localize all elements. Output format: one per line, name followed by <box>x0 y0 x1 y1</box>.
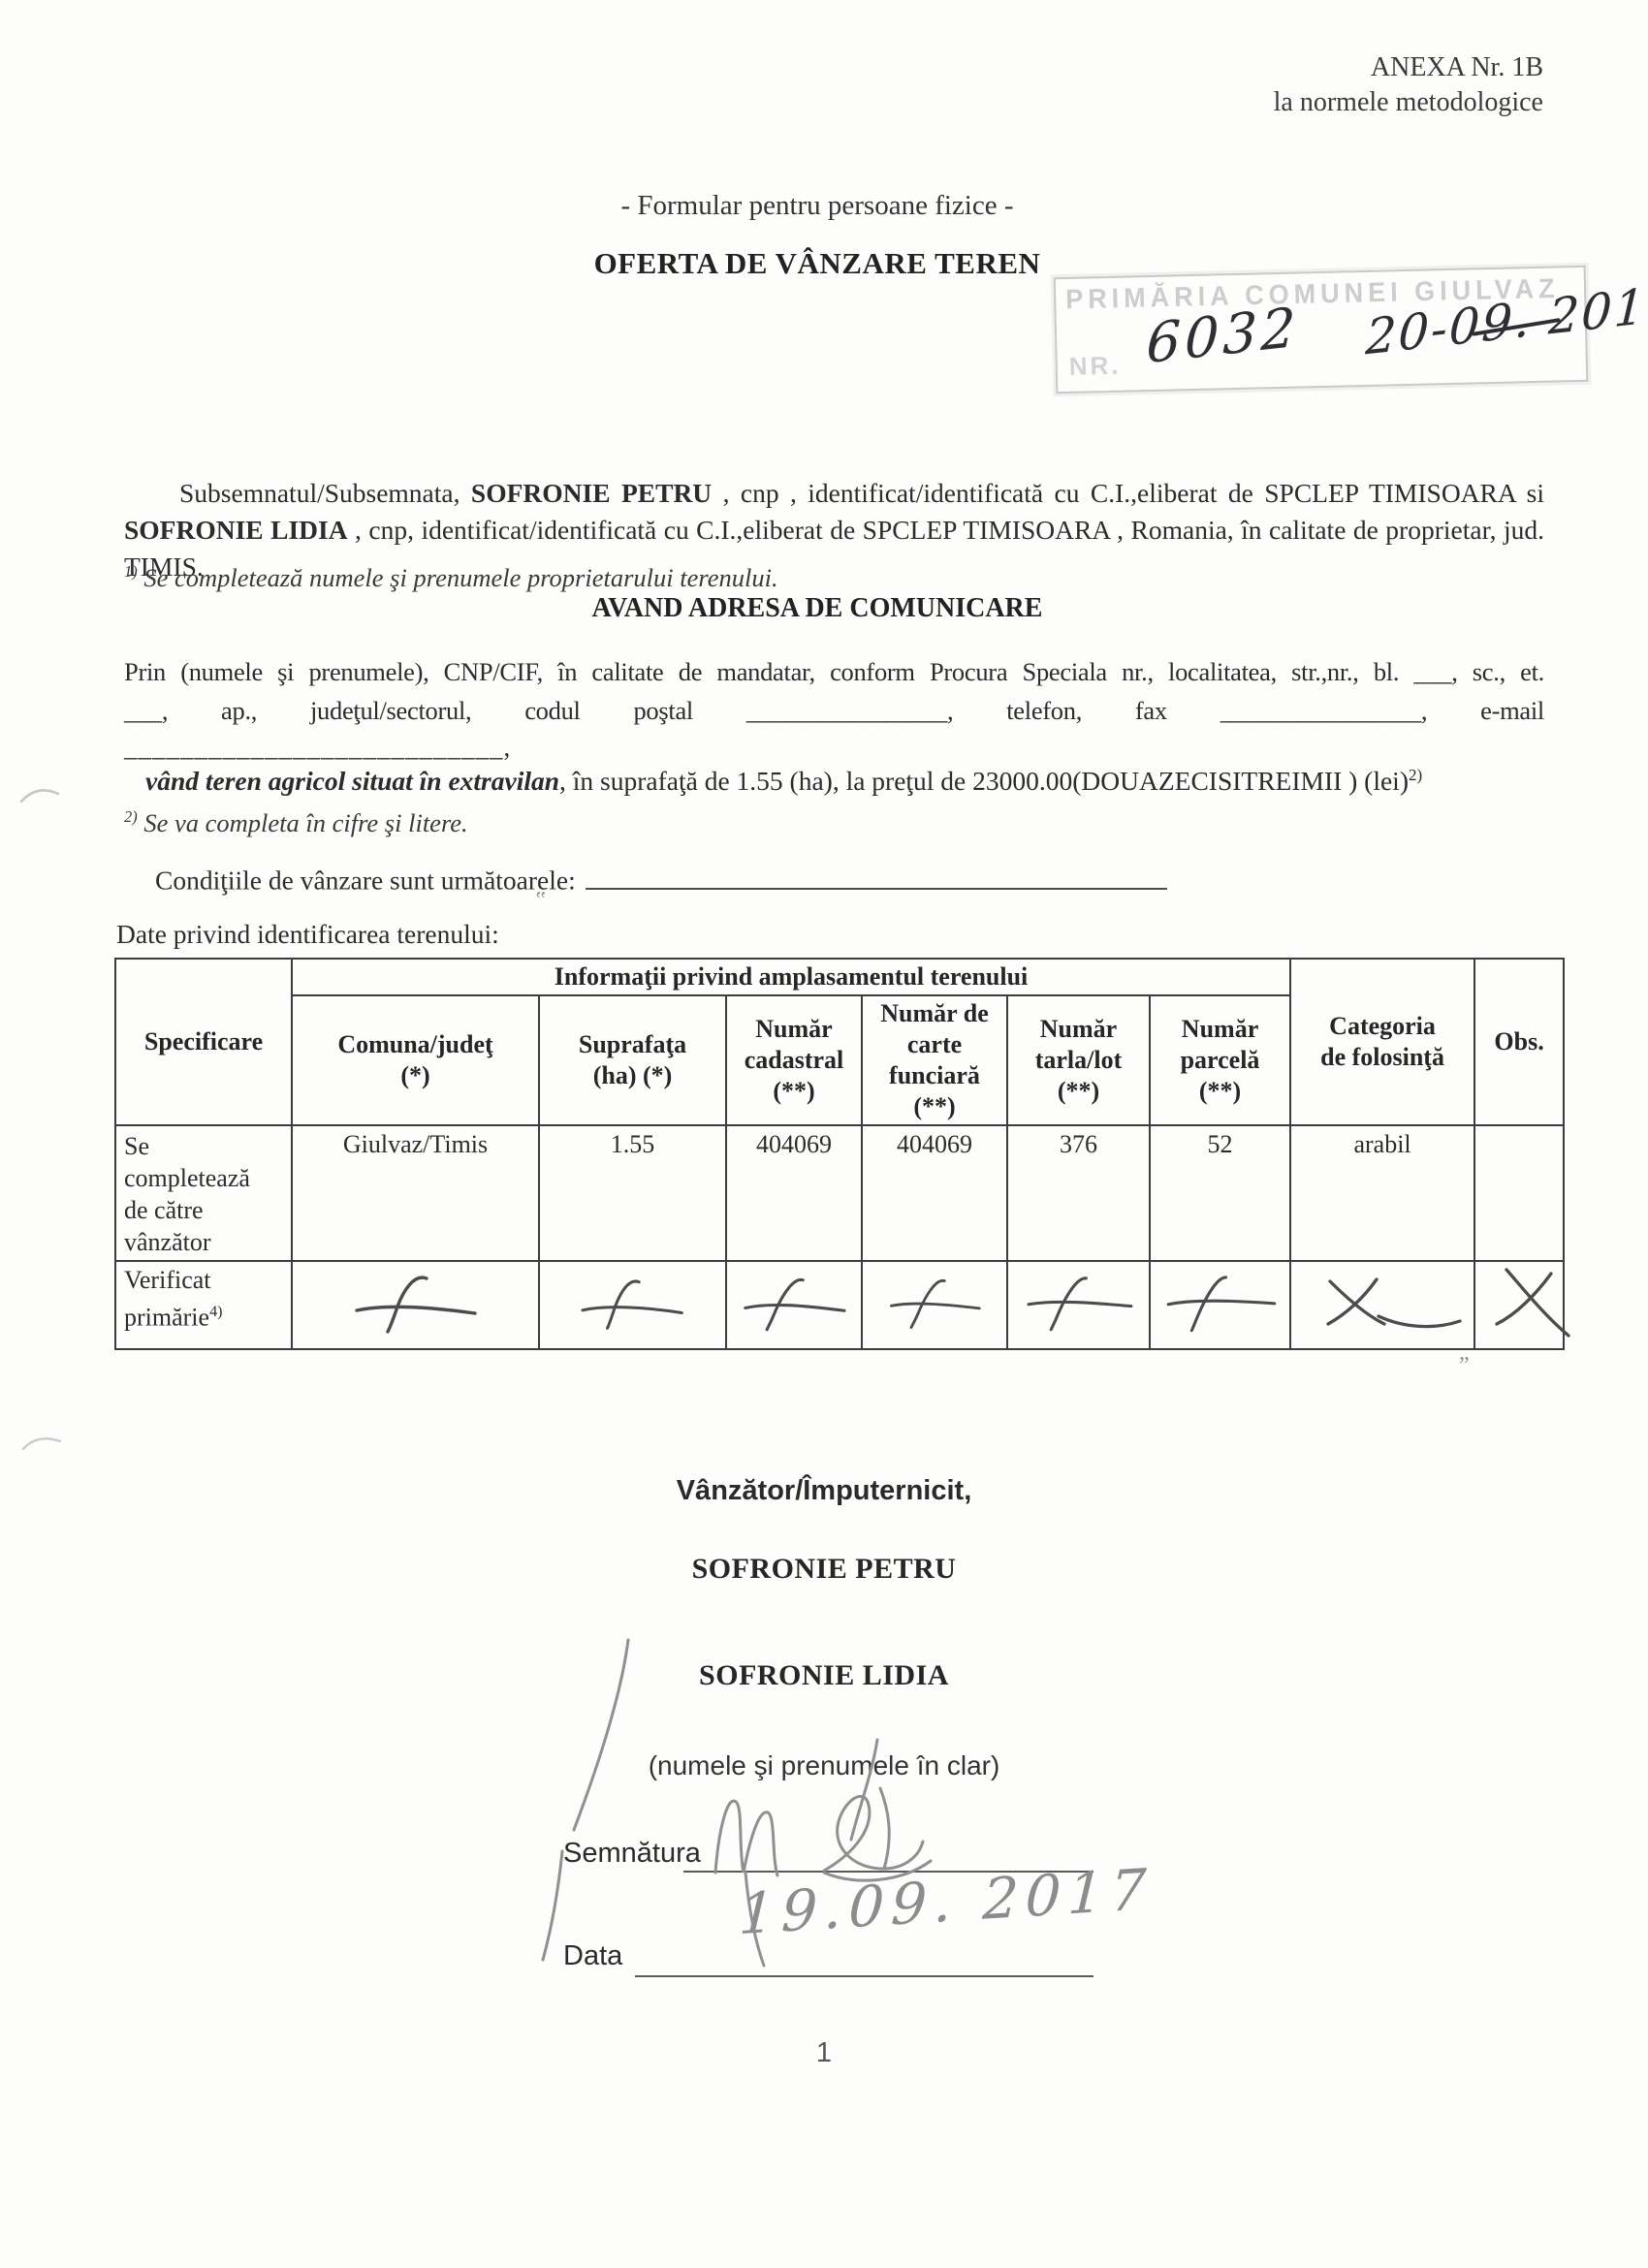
declaration-middle: , cnp , identificat/identificată cu C.I.… <box>712 478 1544 508</box>
checkmark-icon <box>333 1270 498 1334</box>
scanned-form-page: ANEXA Nr. 1B la normele metodologice - F… <box>0 0 1648 2268</box>
cell-suprafata: 1.55 <box>539 1125 726 1261</box>
mandatar-line-1: Prin (numele şi prenumele), CNP/CIF, în … <box>124 657 1544 687</box>
mandatar-line-2: ___, ap., judeţul/sectorul, codul poştal… <box>124 696 1544 726</box>
sale-footnote-marker: 2) <box>1409 766 1422 784</box>
header-suprafata: Suprafaţa (ha) (*) <box>539 995 726 1125</box>
table-row-seller: Se completează de către vânzător Giulvaz… <box>115 1125 1564 1261</box>
header-obs: Obs. <box>1474 959 1564 1125</box>
verify-cell <box>539 1261 726 1349</box>
annex-subtitle: la normele metodologice <box>1274 85 1543 120</box>
verify-cell <box>726 1261 862 1349</box>
table-row-verify: Verificat primărie4) <box>115 1261 1564 1349</box>
seller-role-line: Vânzător/Împuternicit, <box>0 1475 1648 1507</box>
header-parcela: Număr parcelă (**) <box>1150 995 1290 1125</box>
land-table-intro: Date privind identificarea terenului: <box>116 919 499 950</box>
signatory-name-1: SOFRONIE PETRU <box>0 1553 1648 1586</box>
cell-carte-funciara: 404069 <box>862 1125 1007 1261</box>
header-cadastral: Număr cadastral (**) <box>726 995 862 1125</box>
checkmark-icon <box>876 1270 993 1334</box>
header-categoria: Categoria de folosinţă <box>1290 959 1474 1125</box>
cell-tarla: 376 <box>1007 1125 1150 1261</box>
sale-sentence: vând teren agricol situat în extravilan,… <box>145 766 1422 797</box>
registration-stamp: PRIMĂRIA COMUNEI GIULVAZ NR. 6032 20-09.… <box>1054 266 1589 394</box>
declaration-lead: Subsemnatul/Subsemnata, <box>179 478 471 508</box>
verify-row-label: Verificat primărie4) <box>115 1261 292 1349</box>
signature-label: Semnătura <box>563 1838 701 1870</box>
scan-artifact <box>17 780 62 809</box>
cell-parcela: 52 <box>1150 1125 1290 1261</box>
conditions-blank-line <box>586 861 1167 890</box>
verify-cell <box>1290 1261 1474 1349</box>
footnote-2-text: Se va completa în cifre şi litere. <box>138 808 468 837</box>
verify-cell <box>1474 1261 1564 1349</box>
cell-comuna: Giulvaz/Timis <box>292 1125 539 1261</box>
handwritten-date: 19.09. 2017 <box>738 1856 1155 1947</box>
conditions-line: Condiţiile de vânzare sunt următoarele: <box>155 861 1167 897</box>
scan-artifact <box>19 1430 64 1459</box>
date-line <box>635 1975 1093 1977</box>
date-label: Data <box>563 1940 622 1972</box>
annex-reference: ANEXA Nr. 1B la normele metodologice <box>1274 50 1543 120</box>
header-tarla: Număr tarla/lot (**) <box>1007 995 1150 1125</box>
email-blank-line: ___________________________, <box>124 733 511 763</box>
signatory-name-2: SOFRONIE LIDIA <box>0 1659 1648 1692</box>
verify-footnote-marker: 4) <box>209 1304 222 1320</box>
owner2-name: SOFRONIE LIDIA <box>124 515 348 545</box>
header-comuna: Comuna/judeţ (*) <box>292 995 539 1125</box>
checkmark-icon <box>1016 1270 1142 1334</box>
scan-artifact: ” <box>1459 1353 1470 1379</box>
header-group: Informaţii privind amplasamentul terenul… <box>292 959 1290 995</box>
footnote-1-text: Se completează numele şi prenumele propr… <box>138 563 778 592</box>
owner1-name: SOFRONIE PETRU <box>471 478 712 508</box>
header-carte-funciara: Număr de carte funciară (**) <box>862 995 1007 1125</box>
conditions-label: Condiţiile de vânzare sunt următoarele: <box>155 866 576 896</box>
verify-cell <box>1007 1261 1150 1349</box>
checkmark-icon <box>560 1270 706 1334</box>
footnote-1: 1) Se completează numele şi prenumele pr… <box>124 562 778 593</box>
stamp-nr-label: NR. <box>1068 351 1121 382</box>
footnote-1-marker: 1) <box>124 562 138 581</box>
sale-lead: vând teren agricol situat în extravilan <box>145 766 559 796</box>
address-section-heading: AVAND ADRESA DE COMUNICARE <box>0 593 1634 624</box>
cell-obs <box>1474 1125 1564 1261</box>
header-specificare: Specificare <box>115 959 292 1125</box>
cell-cadastral: 404069 <box>726 1125 862 1261</box>
annex-number: ANEXA Nr. 1B <box>1274 50 1543 85</box>
checkmark-icon <box>731 1270 857 1334</box>
verify-cell <box>292 1261 539 1349</box>
sale-details: , în suprafaţă de 1.55 (ha), la preţul d… <box>559 766 1409 796</box>
cell-categoria: arabil <box>1290 1125 1474 1261</box>
footnote-2: 2) Se va completa în cifre şi litere. <box>124 807 468 838</box>
footnote-2-marker: 2) <box>124 807 138 826</box>
x-mark-icon <box>1295 1270 1470 1334</box>
page-number: 1 <box>0 2037 1648 2069</box>
checkmark-icon <box>1157 1270 1284 1334</box>
form-type-subtitle: - Formular pentru persoane fizice - <box>0 190 1634 222</box>
verify-cell <box>1150 1261 1290 1349</box>
x-mark-icon <box>1479 1264 1569 1339</box>
clear-name-note: (numele şi prenumele în clar) <box>0 1750 1648 1781</box>
scan-artifact: ‟ <box>533 888 546 914</box>
seller-row-label: Se completează de către vânzător <box>115 1125 292 1261</box>
land-identification-table: Specificare Informaţii privind amplasame… <box>114 958 1565 1350</box>
verify-cell <box>862 1261 1007 1349</box>
